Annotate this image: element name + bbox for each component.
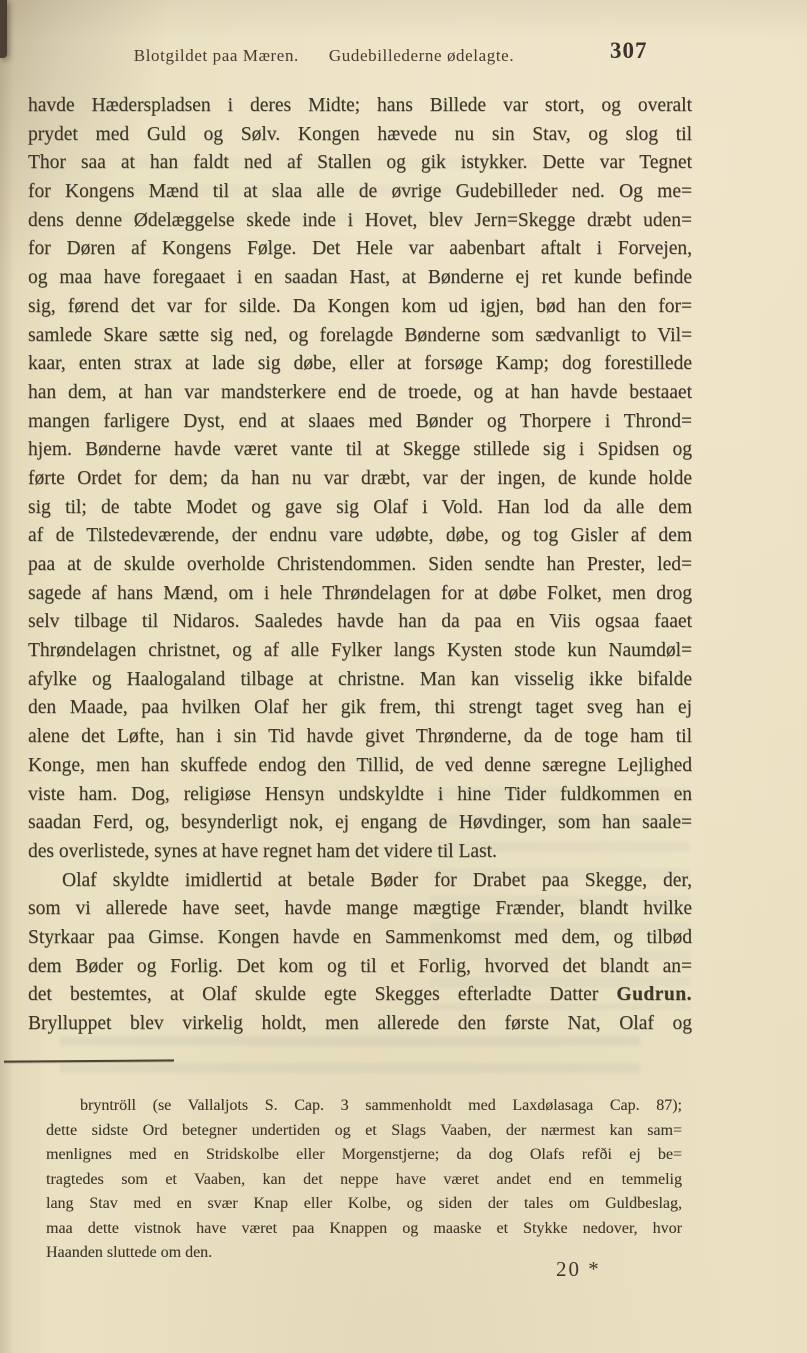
text-line: og maa have foregaaet i en saadan Hast, … <box>28 264 692 293</box>
text-line: Thor saa at han faldt ned af Stallen og … <box>28 149 692 178</box>
running-head-right: Gudebillederne ødelagte. <box>329 46 514 65</box>
text-line: menlignes med en Stridskolbe eller Morge… <box>46 1143 682 1168</box>
text-line: han dem, at han var mandsterkere end de … <box>28 379 692 408</box>
text-line: bryntröll (se Vallaljots S. Cap. 3 samme… <box>46 1094 682 1119</box>
text-line: dem Bøder og Forlig. Det kom og til et F… <box>28 953 692 982</box>
text-line: som vi allerede have seet, havde mange m… <box>28 895 692 924</box>
text-line: dens denne Ødelæggelse skede inde i Hove… <box>28 207 692 236</box>
book-page: Blotgildet paa Mæren.Gudebillederne ødel… <box>0 0 807 1353</box>
page-edge-shadow <box>0 0 7 58</box>
text-line: for Kongens Mænd til at slaa alle de øvr… <box>28 178 692 207</box>
text-line: den Maade, paa hvilken Olaf her gik frem… <box>28 694 692 723</box>
text-line: paa at de skulde overholde Christendomme… <box>28 551 692 580</box>
text-line: Konge, men han skuffede endog den Tillid… <box>28 752 692 781</box>
text-line: maa dette vistnok have været paa Knappen… <box>46 1217 682 1242</box>
text-line: sig, førend det var for silde. Da Kongen… <box>28 293 692 322</box>
text-line: mangen farligere Dyst, end at slaaes med… <box>28 408 692 437</box>
text-line: Olaf skyldte imidlertid at betale Bøder … <box>28 867 692 896</box>
footnote-separator <box>4 1059 174 1062</box>
emphasized-name: Gudrun. <box>616 984 692 1005</box>
page-number: 307 <box>610 38 670 64</box>
text-line: selv tilbage til Nidaros. Saaledes havde… <box>28 608 692 637</box>
signature-mark: 20 * <box>556 1257 601 1282</box>
text-line: tragtedes som et Vaaben, kan det neppe h… <box>46 1168 682 1193</box>
text-line: afylke og Haalogaland tilbage at christn… <box>28 666 692 695</box>
text-line: saadan Ferd, og, besynderligt nok, ej en… <box>28 809 692 838</box>
text-line: lang Stav med en svær Knap eller Kolbe, … <box>46 1192 682 1217</box>
text-line: dette sidste Ord betegner undertiden og … <box>46 1119 682 1144</box>
running-head-left: Blotgildet paa Mæren. <box>134 46 299 65</box>
text-line: kaar, enten strax at lade sig døbe, elle… <box>28 350 692 379</box>
text-line: sagede af hans Mænd, om i hele Thrøndela… <box>28 580 692 609</box>
text-line: det bestemtes, at Olaf skulde egte Skegg… <box>28 981 692 1010</box>
text-line: havde Hæderspladsen i deres Midte; hans … <box>28 92 692 121</box>
text-line: sig til; de tabte Modet og gave sig Olaf… <box>28 494 692 523</box>
running-head: Blotgildet paa Mæren.Gudebillederne ødel… <box>28 46 620 66</box>
text-line: Thrøndelagen christnet, og af alle Fylke… <box>28 637 692 666</box>
text-line: hjem. Bønderne havde været vante til at … <box>28 436 692 465</box>
text-line: viste ham. Dog, religiøse Hensyn undskyl… <box>28 781 692 810</box>
main-text-block: havde Hæderspladsen i deres Midte; hans … <box>28 92 692 1039</box>
text-line: Brylluppet blev virkelig holdt, men alle… <box>28 1010 692 1039</box>
text-line: alene det Løfte, han i sin Tid havde giv… <box>28 723 692 752</box>
text-line: des overlistede, synes at have regnet ha… <box>28 838 692 867</box>
footnote-block: bryntröll (se Vallaljots S. Cap. 3 samme… <box>46 1094 682 1266</box>
text-line: samlede Skare sætte sig ned, og forelagd… <box>28 322 692 351</box>
text-line: af de Tilstedeværende, der endnu vare ud… <box>28 522 692 551</box>
text-line: førte Ordet for dem; da han nu var dræbt… <box>28 465 692 494</box>
page-edge-fade <box>0 0 14 1353</box>
text-line: Styrkaar paa Gimse. Kongen havde en Samm… <box>28 924 692 953</box>
text-line: prydet med Guld og Sølv. Kongen hævede n… <box>28 121 692 150</box>
text-line: for Døren af Kongens Følge. Det Hele var… <box>28 235 692 264</box>
